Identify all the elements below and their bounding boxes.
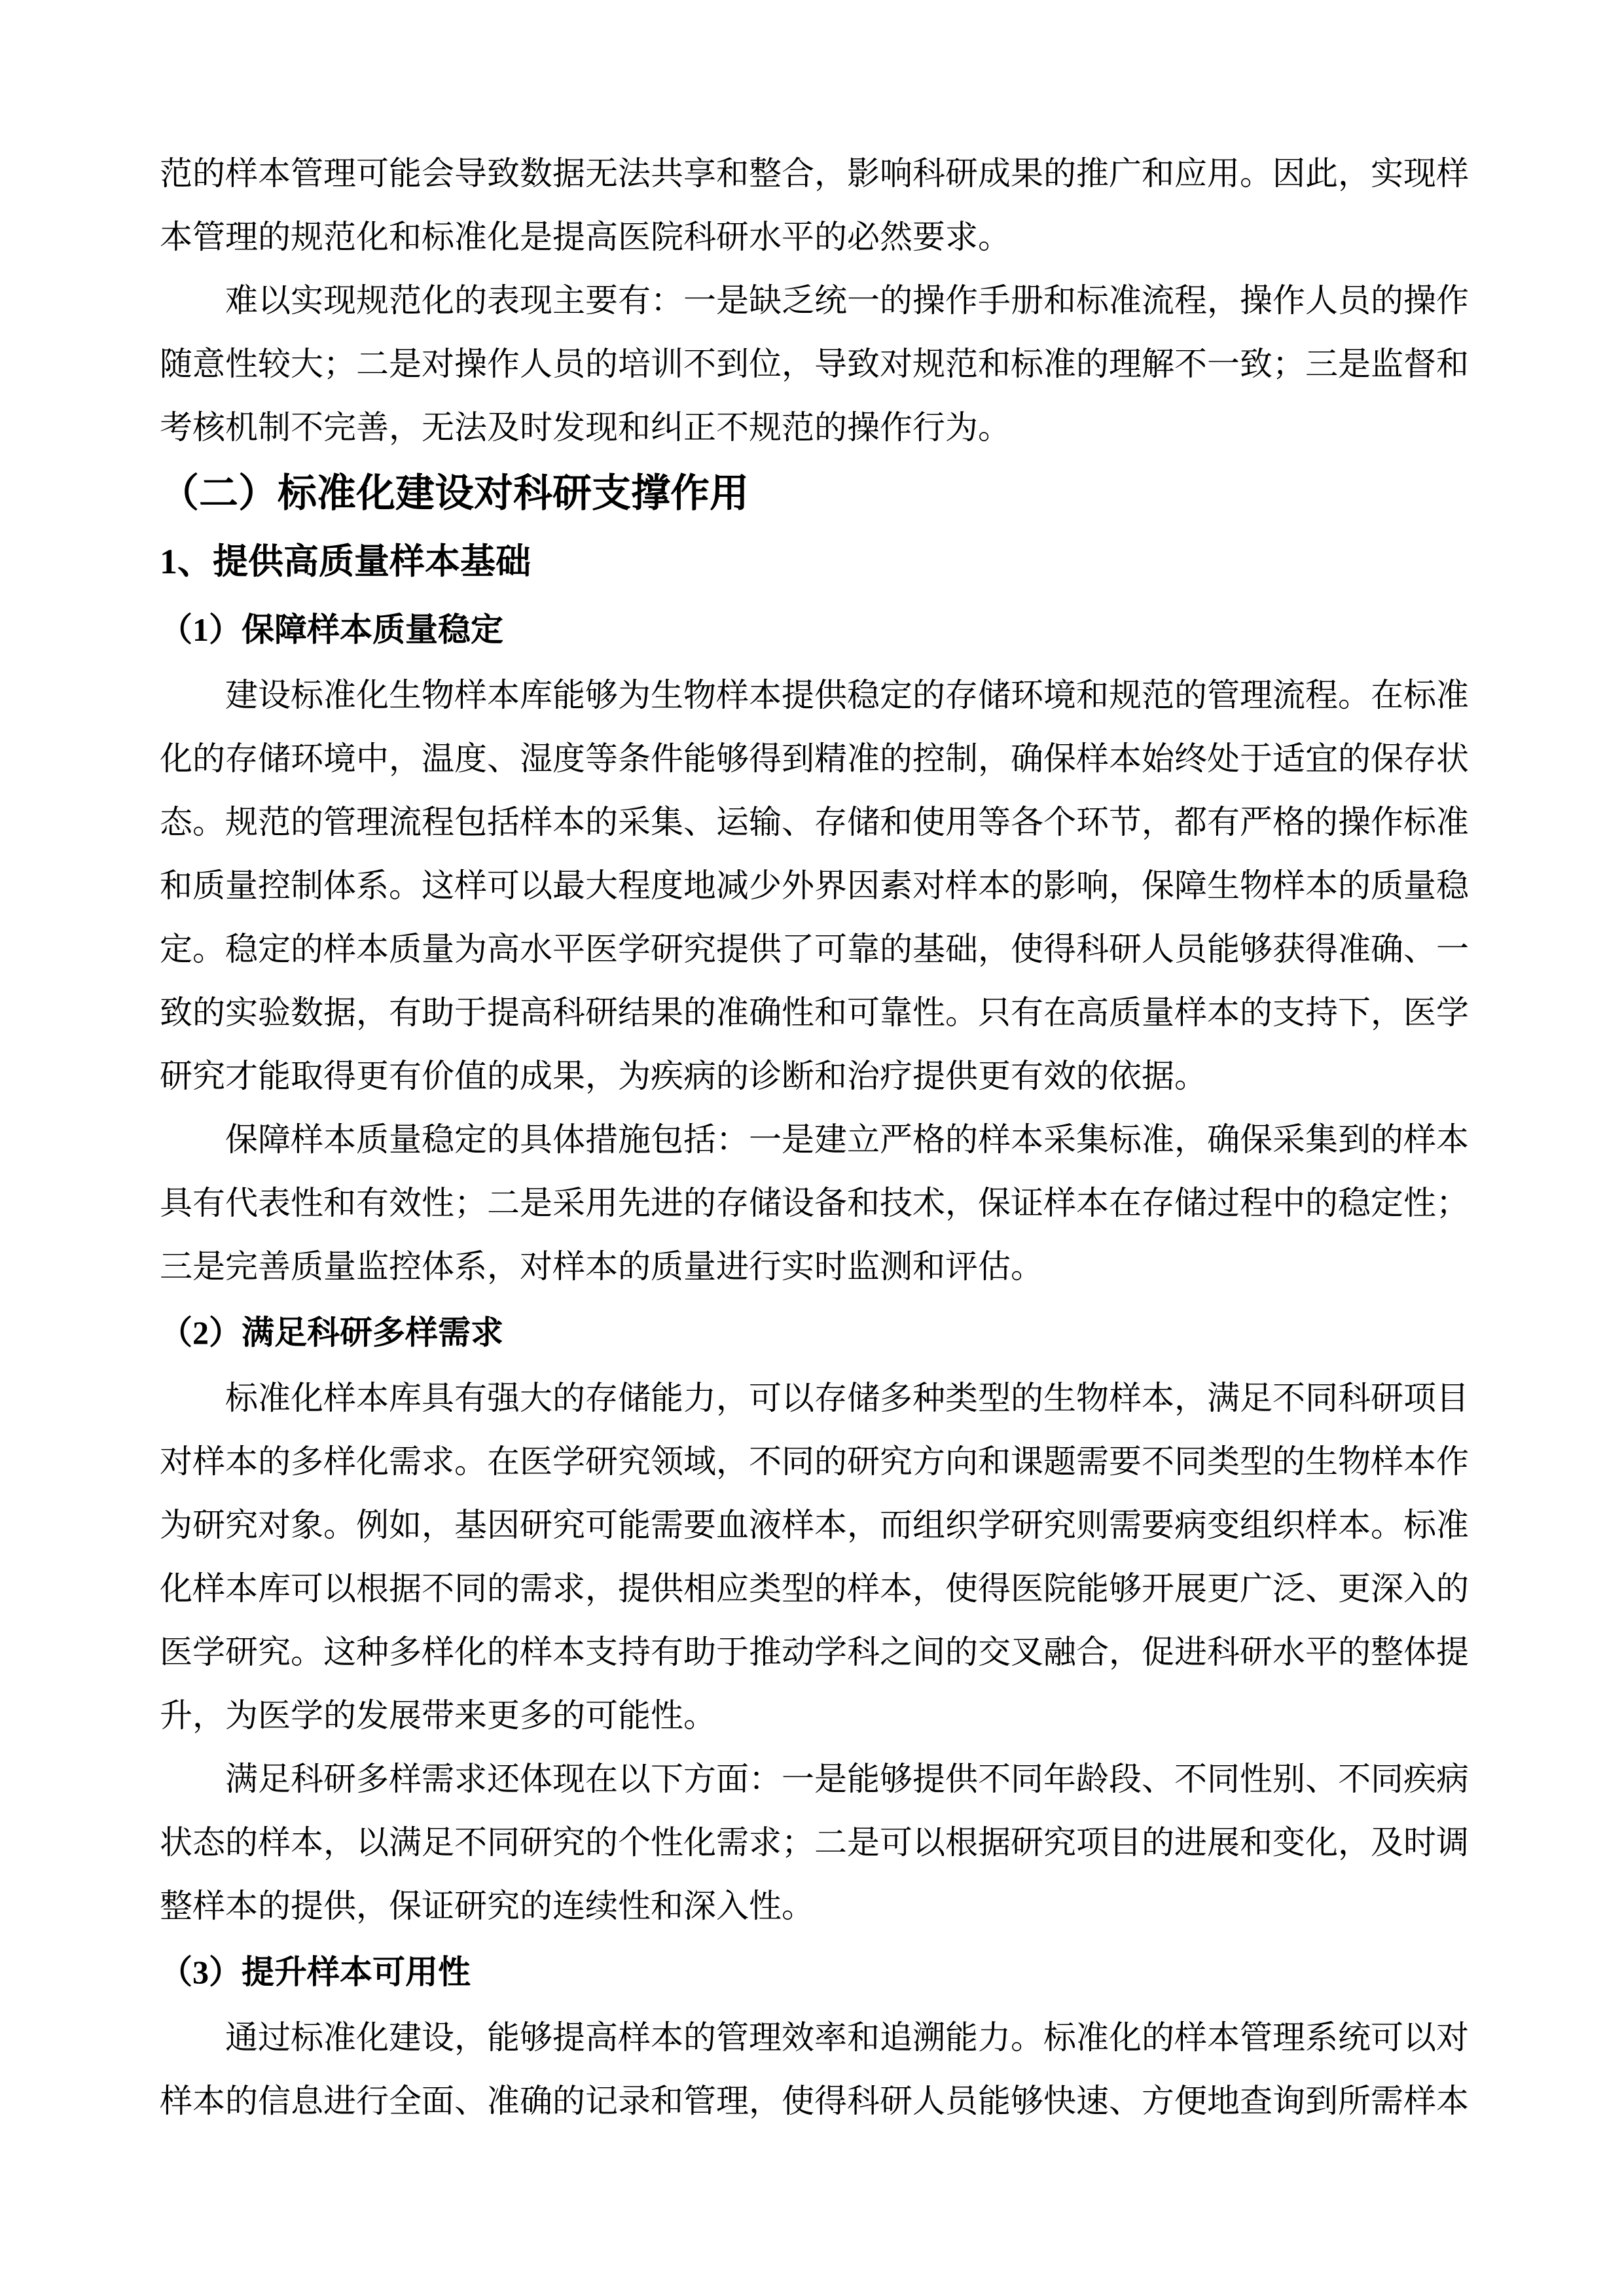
sub-heading-3: （3）提升样本可用性 — [160, 1938, 1469, 2006]
section-heading-2: （二）标准化建设对科研支撑作用 — [160, 459, 1469, 528]
body-paragraph: 难以实现规范化的表现主要有：一是缺乏统一的操作手册和标准流程，操作人员的操作随意… — [160, 269, 1469, 459]
document-body: 范的样本管理可能会导致数据无法共享和整合，影响科研成果的推广和应用。因此，实现样… — [160, 142, 1469, 2133]
numbered-heading-1: 1、提供高质量样本基础 — [160, 528, 1469, 596]
body-paragraph: 标准化样本库具有强大的存储能力，可以存储多种类型的生物样本，满足不同科研项目对样… — [160, 1367, 1469, 1748]
body-paragraph: 满足科研多样需求还体现在以下方面：一是能够提供不同年龄段、不同性别、不同疾病状态… — [160, 1748, 1469, 1938]
sub-heading-2: （2）满足科研多样需求 — [160, 1299, 1469, 1367]
document-page: 范的样本管理可能会导致数据无法共享和整合，影响科研成果的推广和应用。因此，实现样… — [0, 0, 1624, 2296]
sub-heading-1: （1）保障样本质量稳定 — [160, 596, 1469, 664]
body-paragraph: 保障样本质量稳定的具体措施包括：一是建立严格的样本采集标准，确保采集到的样本具有… — [160, 1108, 1469, 1299]
body-paragraph: 建设标准化生物样本库能够为生物样本提供稳定的存储环境和规范的管理流程。在标准化的… — [160, 664, 1469, 1108]
body-paragraph-continuation: 范的样本管理可能会导致数据无法共享和整合，影响科研成果的推广和应用。因此，实现样… — [160, 142, 1469, 269]
body-paragraph: 通过标准化建设，能够提高样本的管理效率和追溯能力。标准化的样本管理系统可以对样本… — [160, 2006, 1469, 2133]
